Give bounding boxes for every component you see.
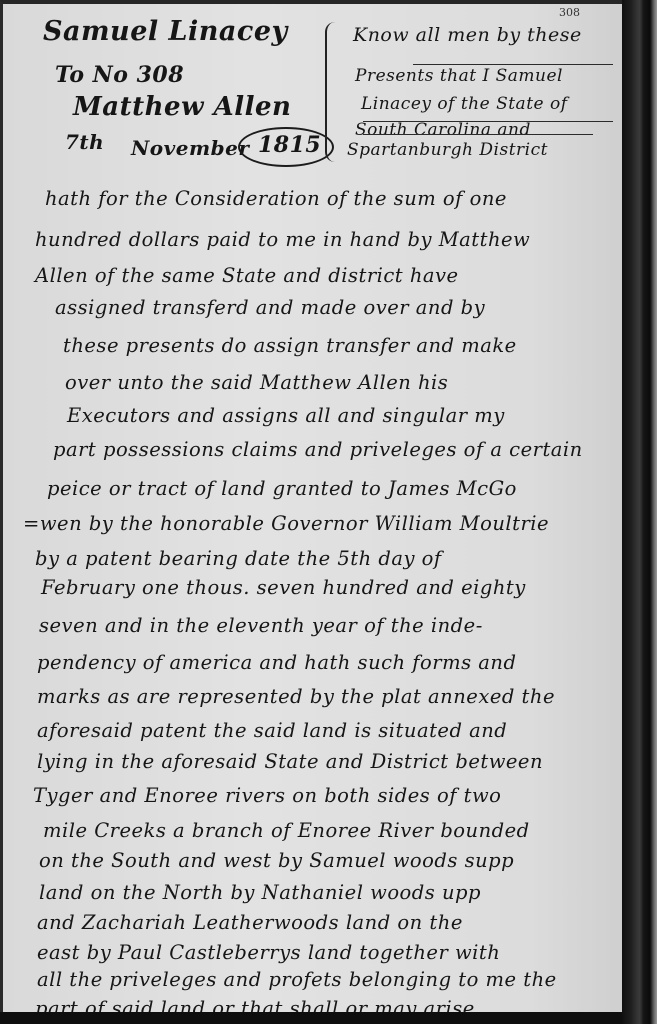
book-binding [622,0,657,1024]
header-rule [413,64,613,65]
body-line: pendency of america and hath such forms … [37,651,516,674]
body-line: February one thous. seven hundred and ei… [41,576,526,599]
body-line: assigned transferd and made over and by [55,296,485,319]
body-line: peice or tract of land granted to James … [47,477,517,500]
body-line: by a patent bearing date the 5th day of [35,547,442,570]
header-right-line-1: Know all men by these [353,24,582,46]
grantor-name: Samuel Linacey [43,16,288,47]
header-right-line-2: Presents that I Samuel [355,66,563,86]
header-right-line-3: Linacey of the State of [361,94,568,114]
body-line: seven and in the eleventh year of the in… [39,614,483,637]
header-rule [363,134,593,135]
grantee-name: Matthew Allen [73,92,291,122]
body-line: and Zachariah Leatherwoods land on the [37,911,463,934]
header-bracket [325,22,341,162]
body-line: east by Paul Castleberrys land together … [37,941,500,964]
record-number: To No 308 [55,62,184,88]
body-line: Tyger and Enoree rivers on both sides of… [33,784,501,807]
body-line: land on the North by Nathaniel woods upp [39,881,481,904]
body-line: all the priveleges and profets belonging… [37,968,557,991]
body-line: hath for the Consideration of the sum of… [45,187,507,210]
body-line: mile Creeks a branch of Enoree River bou… [43,819,530,842]
body-line: aforesaid patent the said land is situat… [37,719,507,742]
body-line: these presents do assign transfer and ma… [63,334,517,357]
date-month: November [131,136,249,160]
page-bottom-edge [0,1012,622,1024]
body-line: over unto the said Matthew Allen his [65,371,448,394]
body-line: part possessions claims and priveleges o… [53,438,583,461]
body-line: lying in the aforesaid State and Distric… [37,750,543,773]
body-line: hundred dollars paid to me in hand by Ma… [35,228,530,251]
date-year: 1815 [258,132,321,158]
header-right-line-4: South Carolina and [355,120,531,140]
body-line: part of said land or that shall or may a… [35,997,475,1012]
page-number: 308 [559,6,580,19]
date-day: 7th [65,130,104,154]
body-line: Allen of the same State and district hav… [35,264,459,287]
header-right-line-5: Spartanburgh District [347,140,548,160]
body-line: =wen by the honorable Governor William M… [23,512,549,535]
ledger-page: 308 Samuel Linacey To No 308 Matthew All… [0,0,622,1012]
body-line: Executors and assigns all and singular m… [67,404,505,427]
body-line: on the South and west by Samuel woods su… [39,849,514,872]
body-line: marks as are represented by the plat ann… [37,685,555,708]
